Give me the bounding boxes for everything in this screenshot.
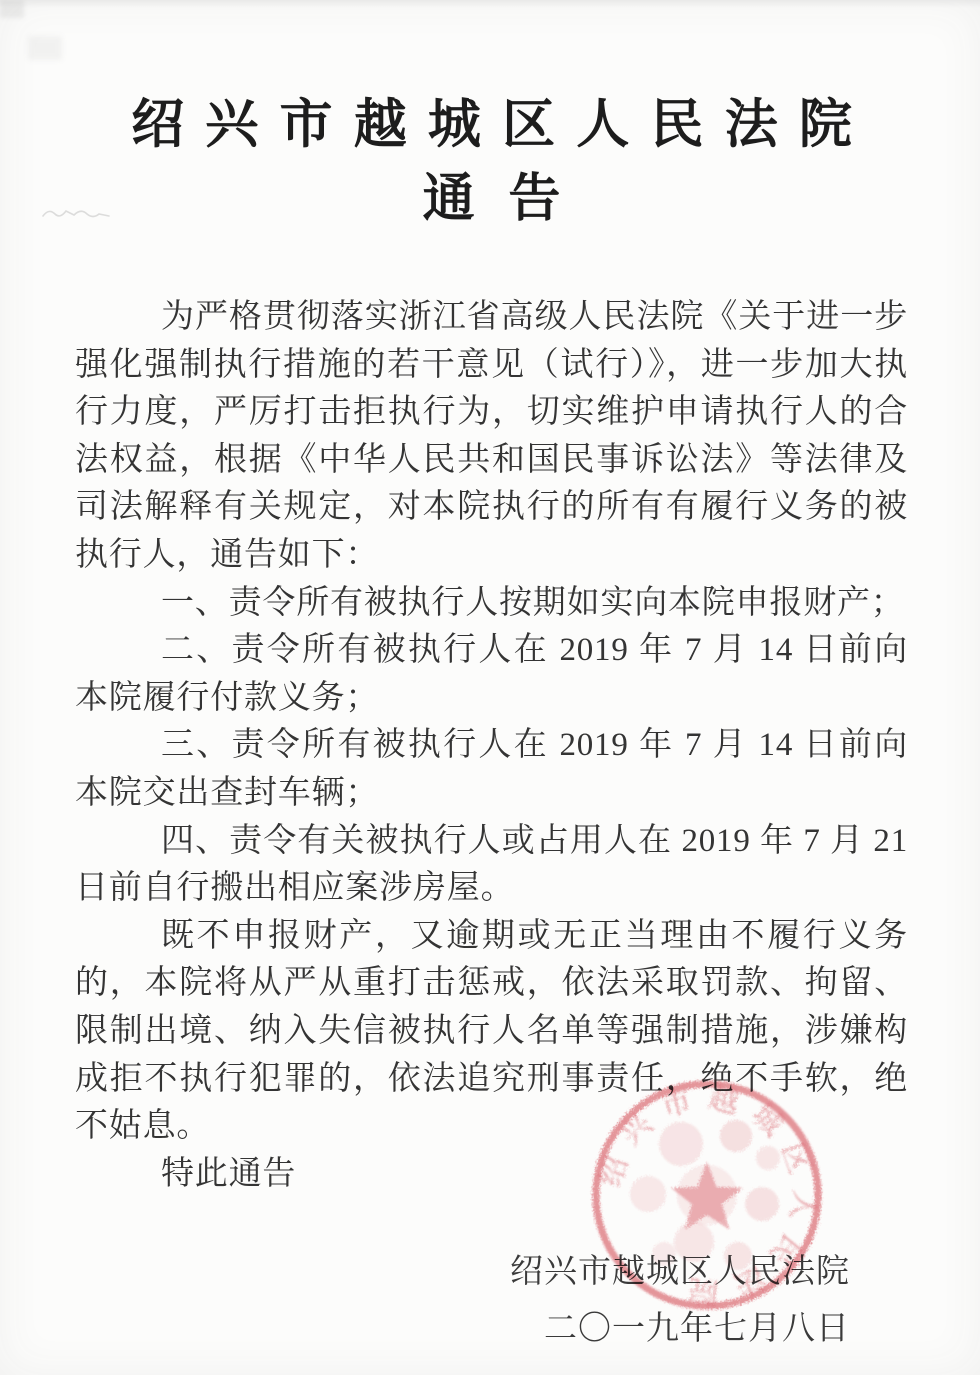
- notice-item-2: 二、责令所有被执行人在 2019 年 7 月 14 日前向本院履行付款义务；: [75, 627, 908, 722]
- notice-document: 绍兴市越城区人民法院 通告 为严格贯彻落实浙江省高级人民法院《关于进一步强化强制…: [75, 0, 908, 1358]
- scan-smudge: [28, 36, 62, 60]
- scan-smudge: [0, 0, 24, 18]
- intro-paragraph: 为严格贯彻落实浙江省高级人民法院《关于进一步强化强制执行措施的若干意见（试行）》…: [75, 294, 908, 580]
- notice-item-4: 四、责令有关被执行人或占用人在 2019 年 7 月 21 日前自行搬出相应案涉…: [75, 818, 908, 913]
- signature-date: 二〇一九年七月八日: [75, 1301, 850, 1358]
- closing-line: 特此通告: [75, 1151, 908, 1199]
- signature-court-name: 绍兴市越城区人民法院: [75, 1244, 850, 1301]
- court-name-title: 绍兴市越城区人民法院: [75, 96, 908, 154]
- notice-item-3: 三、责令所有被执行人在 2019 年 7 月 14 日前向本院交出查封车辆；: [75, 722, 908, 817]
- notice-body: 为严格贯彻落实浙江省高级人民法院《关于进一步强化强制执行措施的若干意见（试行）》…: [75, 294, 908, 1198]
- scanned-notice-page: 绍兴市越城区人民法院 通告 为严格贯彻落实浙江省高级人民法院《关于进一步强化强制…: [0, 0, 980, 1375]
- signature-block: 绍兴市越城区人民法院 二〇一九年七月八日: [75, 1244, 908, 1358]
- notice-title: 通告: [75, 170, 908, 230]
- warning-paragraph: 既不申报财产，又逾期或无正当理由不履行义务的，本院将从严从重打击惩戒，依法采取罚…: [75, 913, 908, 1151]
- notice-item-1: 一、责令所有被执行人按期如实向本院申报财产；: [75, 580, 908, 628]
